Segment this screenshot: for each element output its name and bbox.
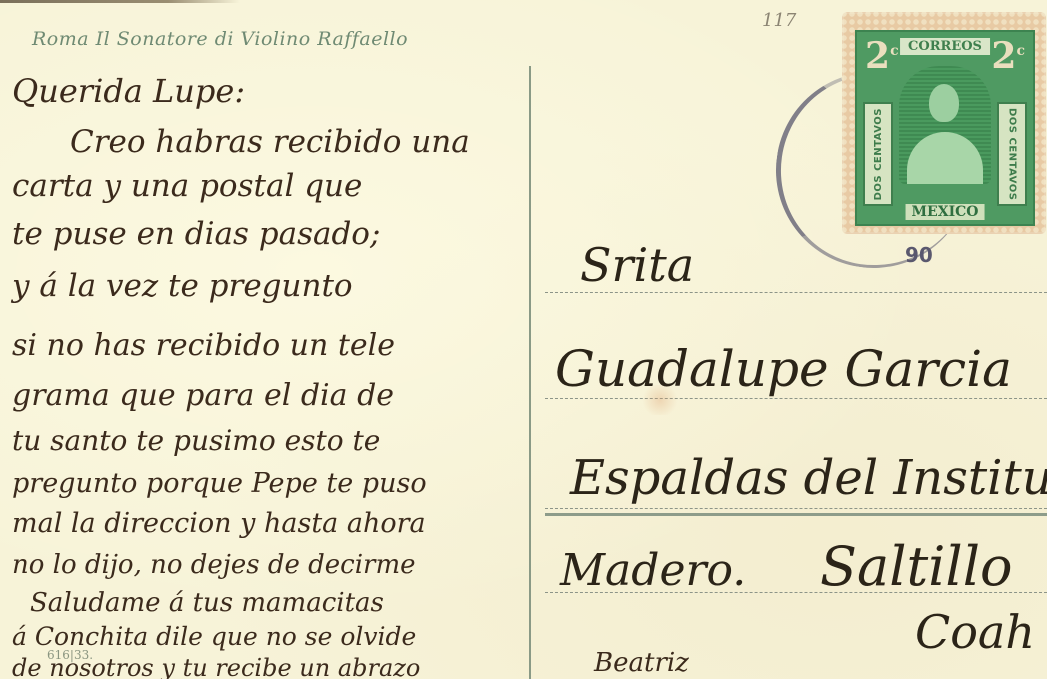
center-divider xyxy=(529,66,531,679)
address-city: Saltillo xyxy=(820,535,1012,598)
stamp-denomination-right: 2c xyxy=(991,38,1025,74)
address-street-cont: Madero. xyxy=(560,545,746,596)
postage-stamp: 2c 2c CORREOS DOS CENTAVOS DOS CENTAVOS … xyxy=(844,14,1044,232)
stamp-denomination-left: 2c xyxy=(865,38,899,74)
address-rule xyxy=(545,292,1047,293)
message-line: y á la vez te pregunto xyxy=(12,268,353,304)
message-line: tu santo te pusimo esto te xyxy=(12,424,380,457)
message-line: te puse en dias pasado; xyxy=(12,216,380,252)
address-name: Guadalupe Garcia xyxy=(555,340,1012,398)
card-top-edge xyxy=(0,0,240,3)
message-line: grama que para el dia de xyxy=(12,378,394,413)
address-rule-solid xyxy=(545,513,1047,516)
pencil-mark: 117 xyxy=(762,10,796,31)
address-rule xyxy=(545,508,1047,509)
stamp-side-right: DOS CENTAVOS xyxy=(997,102,1027,206)
address-street: Espaldas del Instituto xyxy=(570,450,1047,506)
message-line: Saludame á tus mamacitas xyxy=(30,588,384,618)
address-title: Srita xyxy=(580,238,694,292)
address-rule xyxy=(545,398,1047,399)
stamp-header: CORREOS xyxy=(900,38,990,55)
stamp-side-left: DOS CENTAVOS xyxy=(863,102,893,206)
message-greeting: Querida Lupe: xyxy=(12,72,245,110)
message-line: si no has recibido un tele xyxy=(12,328,395,363)
message-line: pregunto porque Pepe te puso xyxy=(12,468,427,499)
message-line: Creo habras recibido una xyxy=(70,124,470,160)
portrait-stamp-icon xyxy=(899,66,991,184)
stamp-country: MEXICO xyxy=(906,204,985,220)
address-state: Coah xyxy=(915,605,1035,659)
message-line: á Conchita dile que no se olvide xyxy=(12,622,416,651)
postmark-fragment: 90 xyxy=(905,243,933,267)
print-number: 616|33. xyxy=(47,648,93,662)
signature: Beatriz xyxy=(594,648,689,678)
message-line: mal la direccion y hasta ahora xyxy=(12,508,426,539)
portrait-head xyxy=(929,84,959,122)
message-line: no lo dijo, no dejes de decirme xyxy=(12,550,416,580)
message-line: carta y una postal que xyxy=(12,168,362,204)
stamp-face: 2c 2c CORREOS DOS CENTAVOS DOS CENTAVOS … xyxy=(855,30,1035,226)
postcard-caption: Roma Il Sonatore di Violino Raffaello xyxy=(32,28,408,50)
portrait-bust xyxy=(907,132,983,184)
postcard-back: Roma Il Sonatore di Violino Raffaello Qu… xyxy=(0,0,1047,679)
